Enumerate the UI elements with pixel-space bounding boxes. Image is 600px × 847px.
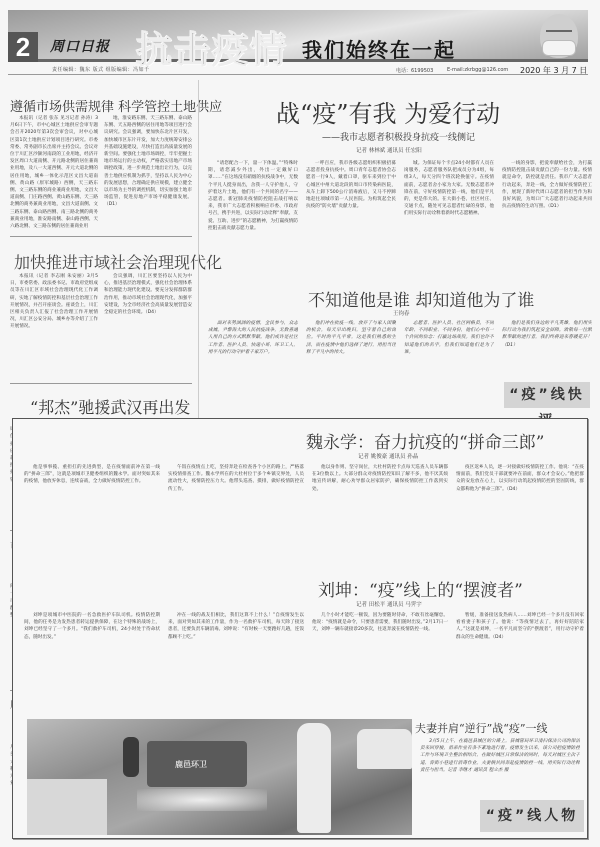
byline-volunteers: 记者 林林斌 通讯员 任宏阳 (356, 146, 422, 154)
phone-info: 电话：6199503 (396, 67, 433, 74)
editor-credits: 责任编辑：魏东 版式 组版编辑：冯如千 (52, 66, 150, 73)
label-frontline-people: “疫”线人物 (480, 800, 584, 832)
article-body: 冲在一线的战友们相比，我们这算不上什么！”自疫情发生以来，面对突如其来的工作量，… (168, 612, 304, 641)
article-body: “请您配合一下，量一下体温。”“特殊时期，请您减少外出，外出一定戴好口罩……”在… (208, 160, 298, 232)
byline-wei: 记者 姚俊豪 通讯员 孙晶 (358, 452, 418, 460)
article-market-col1: 本报讯（记者 张东 见习记者 孙涛）3月6日下午，市中心城区土地供应会审专题会召… (10, 115, 98, 230)
hazmat-worker-figure (297, 723, 331, 833)
email-info: E-mail:zkrbgg@126.com (447, 67, 508, 73)
byline-unknown-hero: 王钧春 (393, 309, 410, 317)
divider (10, 383, 192, 384)
headline-wei: 魏永学：奋力抗疫的“拼命三郎” (306, 428, 544, 453)
article-governance-col1: 本报讯（记者 李志刚 朱安丽）3月5日，市委常委、政法委书记、市政府党组成员等在… (10, 273, 98, 361)
paper-name: 周口日报 (50, 36, 110, 56)
article-body: 3月5日上午，在鹿邑县城区的公路上，县城管局环卫清扫保洁公司的保洁员来回穿梭，消… (420, 738, 580, 774)
column-divider (198, 80, 199, 418)
article-body: 暂缓，准备接送发热病人……刘坤已经一个多月没有回家看看妻子和孩子了。他说：“等疫… (456, 612, 584, 641)
article-market-col2: 地，淮安路东侧、天三路东侧、泰山路东侧、天五路西侧的居住用地等项目进行会议研究。… (104, 115, 192, 230)
article-unknown-hero-col4: 他们是我们身边的平凡英雄，他们用实际行动为我们筑起安全屏障。致敬每一位默默奉献的… (502, 320, 592, 374)
article-body: 几个小时才能吃一顿饭，因为要随时待命，不敢有丝毫懈怠。他说：“疫情就是命令，只要… (312, 612, 448, 634)
masked-medic-portrait-icon (528, 10, 588, 62)
article-body: 志愿者、医护人员、社区网格员，不同年龄、不同职业、不同身份，他们心中有一个共同的… (404, 320, 494, 356)
headline-unknown-hero: 不知道他是谁 却知道他为了谁 (308, 286, 534, 311)
article-unknown-hero-col1: 面对来势汹汹的疫情，全民参与，众志成城。尹黎海大的人民抗疫战争，无数普通人用自己… (208, 320, 298, 412)
byline-liu: 记者 田松平 通讯员 马霁宇 (356, 600, 422, 608)
disinfectant-spray (137, 789, 267, 811)
header-rule (8, 74, 588, 75)
trash-bin-shape (27, 779, 107, 835)
subheadline-volunteers: ——我市志愿者积极投身抗疫一线侧记 (322, 130, 475, 143)
article-body: 他们是我们身边的平凡英雄，他们用实际行动为我们筑起安全屏障。致敬每一位默默奉献的… (502, 320, 592, 349)
article-volunteers-col2: 一呼百应，我市各级志愿组织积极招募志愿者投身抗疫中。周口青年志愿者协会志愿者一行… (306, 160, 396, 270)
sanitation-truck: 鹿邑环卫 (147, 741, 247, 787)
article-body: 他以身作则、坚守岗位，大杜村防控卡点每天巡查人员车辆都在3位数以上。大部分群众对… (312, 464, 448, 493)
headline-bangjie: “邦杰”驰援武汉再出发 (30, 395, 190, 418)
article-body: 疫区返乡人员，逐一对接做好疫情防控工作。他说：“在疫情面前，我们党员干部就要冲在… (456, 464, 584, 493)
sanitation-worker-figure (123, 737, 139, 777)
divider (10, 236, 192, 237)
article-couple: 3月5日上午，在鹿邑县城区的公路上，县城管局环卫清扫保洁公司的保洁员来回穿梭，消… (420, 738, 580, 804)
article-liu-col3: 几个小时才能吃一顿饭，因为要随时待命，不敢有丝毫懈怠。他说：“疫情就是命令，只要… (312, 612, 448, 712)
article-wei-col1: 他是事事揽、重担扛的先进典型，是在疫情面前冲在第一线的“拼命三郎”，这就是项城市… (24, 464, 160, 546)
headline-volunteers: 战“疫”有我 为爱行动 (276, 94, 500, 129)
article-volunteers-col1: “请您配合一下，量一下体温。”“特殊时期，请您减少外出，外出一定戴好口罩……”在… (208, 160, 298, 270)
article-wei-col2: 午饭在疫情点上吃，坚持奔赴在检查各个小区的路上，严格落实疫情排查工作。魏永学所在… (168, 464, 304, 546)
article-body: 一呼百应，我市各级志愿组织积极招募志愿者投身抗疫中。周口青年志愿者协会志愿者一行… (306, 160, 396, 210)
article-unknown-hero-col2: 他们冲在抗疫一线，放弃了与家人团聚的机会，每天早出晚归，坚守着自己的岗位。平时的… (306, 320, 396, 412)
article-liu-col1: 刘坤是项城市中医院的一名急救医护车队司机。疫情防控期间，他的任务是为发热患者转运… (24, 612, 160, 712)
label-commentary: “疫”线快评 (504, 382, 590, 408)
parked-car (357, 729, 412, 769)
article-liu-col4: 暂缓，准备接送发热病人……刘坤已经一个多月没有回家看看妻子和孩子了。他说：“等疫… (456, 612, 584, 712)
article-body: 地，淮安路东侧、天三路东侧、泰山路东侧、天五路西侧的居住用地等项目进行会议研究。… (104, 115, 192, 209)
article-unknown-hero-col3: 志愿者、医护人员、社区网格员，不同年龄、不同职业、不同身份，他们心中有一个共同的… (404, 320, 494, 412)
article-body: 他们冲在抗疫一线，放弃了与家人团聚的机会，每天早出晚归，坚守着自己的岗位。平时的… (306, 320, 396, 356)
article-body: 本报讯（记者 李志刚 朱安丽）3月5日，市委常委、政法委书记、市政府党组成员等在… (10, 273, 98, 331)
headline-governance: 加快推进市域社会治理现代化 (14, 250, 222, 273)
article-body: 城。为保证每个卡点24小时都有人员在岗服务，志愿者服务队把成员分为4组，每组3人… (404, 160, 494, 218)
article-body: 本报讯（记者 张东 见习记者 孙涛）3月6日下午，市中心城区土地供应会审专题会召… (10, 115, 98, 230)
headline-liu: 刘坤：“疫”线上的“摆渡者” (318, 576, 523, 601)
article-wei-col4: 疫区返乡人员，逐一对接做好疫情防控工作。他说：“在疫情面前，我们党员干部就要冲在… (456, 464, 584, 546)
article-liu-col2: 冲在一线的战友们相比，我们这算不上什么！”自疫情发生以来，面对突如其来的工作量，… (168, 612, 304, 712)
article-body: 他是事事揽、重担扛的先进典型，是在疫情面前冲在第一线的“拼命三郎”，这就是项城市… (24, 464, 160, 486)
article-body: 一线的身影，把爱奉献给社会，为打赢疫情防控阻击战贡献自己的一份力量。疫情就是命令… (502, 160, 592, 210)
article-body: 午饭在疫情点上吃，坚持奔赴在检查各个小区的路上，严格落实疫情排查工作。魏永学所在… (168, 464, 304, 493)
headline-market: 遵循市场供需规律 科学管控土地供应 (10, 96, 222, 115)
article-body: 会议强调，川汇区要坚持以人民为中心，推进基层治理模式，强化社会治理体系和治理能力… (104, 273, 192, 316)
section-title: 抗击疫情 (136, 22, 288, 73)
article-volunteers-col4: 一线的身影，把爱奉献给社会，为打赢疫情防控阻击战贡献自己的一份力量。疫情就是命令… (502, 160, 592, 270)
article-governance-col2: 会议强调，川汇区要坚持以人民为中心，推进基层治理模式，强化社会治理体系和治理能力… (104, 273, 192, 361)
article-body: 面对来势汹汹的疫情，全民参与，众志成城。尹黎海大的人民抗疫战争，无数普通人用自己… (208, 320, 298, 356)
headline-couple: 夫妻并肩“逆行”战“疫”一线 (415, 720, 548, 736)
truck-label: 鹿邑环卫 (175, 759, 207, 770)
article-volunteers-col3: 城。为保证每个卡点24小时都有人员在岗服务，志愿者服务队把成员分为4组，每组3人… (404, 160, 494, 270)
disinfection-photo: 鹿邑环卫 (27, 719, 412, 835)
article-body: 刘坤是项城市中医院的一名急救医护车队司机。疫情防控期间，他的任务是为发热患者转运… (24, 612, 160, 641)
page-number: 2 (8, 32, 38, 62)
newspaper-page: 2 周口日报 抗击疫情 我们始终在一起 责任编辑：魏东 版式 组版编辑：冯如千 … (0, 0, 600, 847)
slogan: 我们始终在一起 (302, 34, 456, 63)
article-wei-col3: 他以身作则、坚守岗位，大杜村防控卡点每天巡查人员车辆都在3位数以上。大部分群众对… (312, 464, 448, 546)
